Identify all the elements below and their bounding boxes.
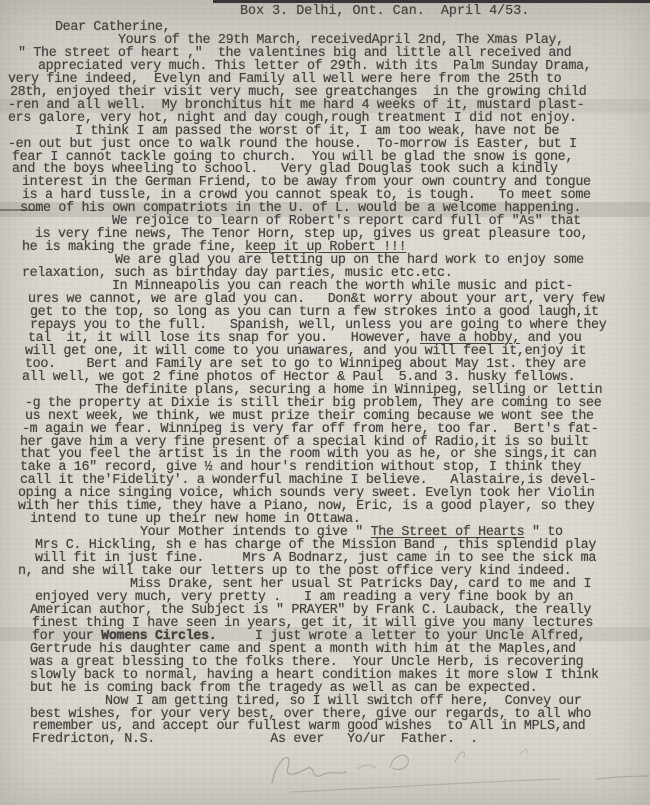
- letter-scan-page: Box 3. Delhi, Ont. Can. April 4/53. Dear…: [0, 0, 650, 805]
- letter-body: Dear Catherine,Yours of the 29th March, …: [0, 22, 650, 747]
- signature-scrawl: [0, 735, 650, 805]
- letter-dateline: Box 3. Delhi, Ont. Can. April 4/53.: [240, 4, 529, 19]
- scan-artifact-top-edge: [213, 0, 650, 3]
